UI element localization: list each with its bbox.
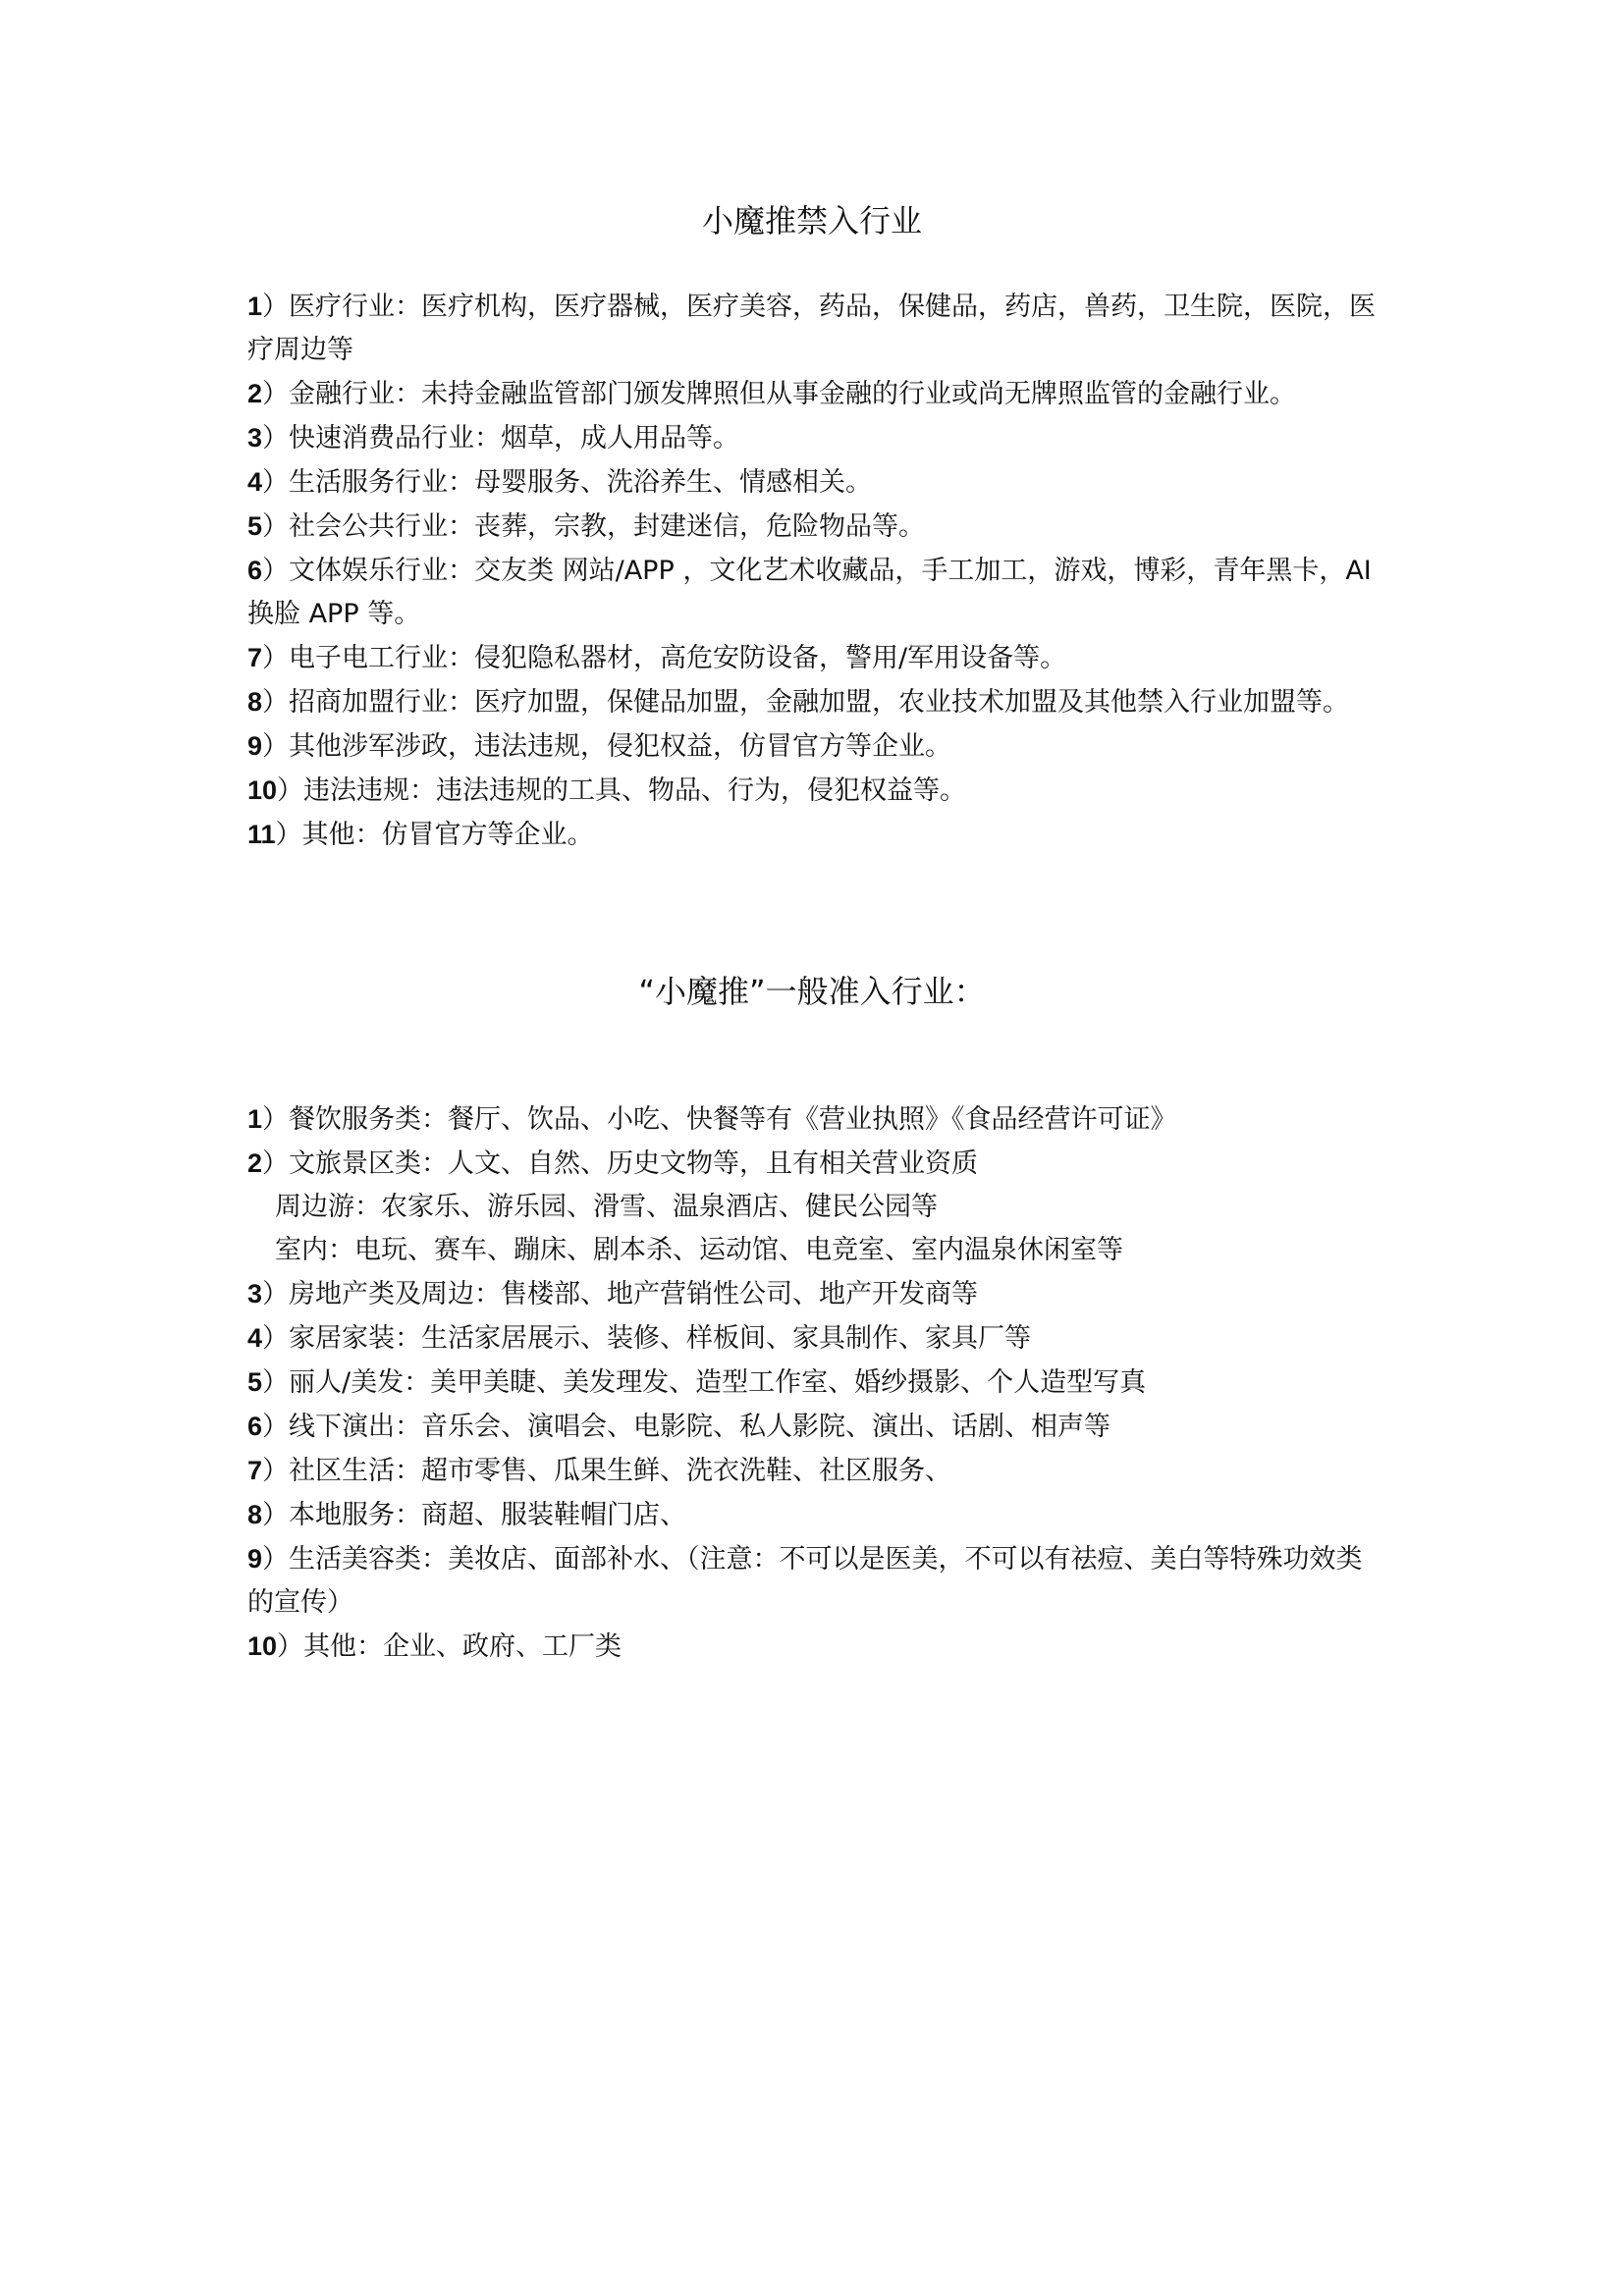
- list-item: 10）其他：企业、政府、工厂类: [247, 1625, 1386, 1669]
- item-separator: ）: [262, 1412, 289, 1442]
- item-text: 本地服务：商超、服装鞋帽门店、: [289, 1500, 686, 1530]
- item-text: 医疗行业：医疗机构，医疗器械，医疗美容，药品，保健品，药店，兽药，卫生院，医院，…: [247, 292, 1376, 365]
- item-separator: ）: [262, 1544, 289, 1575]
- list-item: 9）其他涉军涉政，违法违规，侵犯权益，仿冒官方等企业。: [247, 724, 1386, 769]
- list-item: 6）文体娱乐行业：交友类 网站/APP ，文化艺术收藏品，手工加工，游戏，博彩，…: [247, 549, 1386, 636]
- list-item: 7）电子电工行业：侵犯隐私器材，高危安防设备，警用/军用设备等。: [247, 636, 1386, 680]
- list-item: 6）线下演出：音乐会、演唱会、电影院、私人影院、演出、话剧、相声等: [247, 1405, 1386, 1449]
- item-number: 5: [247, 1367, 262, 1397]
- item-separator: ）: [262, 1104, 289, 1135]
- item-number: 5: [247, 511, 262, 541]
- sub-list-item: 室内：电玩、赛车、蹦床、剧本杀、运动馆、电竞室、室内温泉休闲室等: [247, 1229, 1386, 1272]
- list-item: 4）生活服务行业：母婴服务、洗浴养生、情感相关。: [247, 460, 1386, 505]
- item-text: 丽人/美发：美甲美睫、美发理发、造型工作室、婚纱摄影、个人造型写真: [289, 1367, 1146, 1398]
- list-item: 9）生活美容类：美妆店、面部补水、（注意：不可以是医美，不可以有祛痘、美白等特殊…: [247, 1537, 1386, 1625]
- item-number: 6: [247, 556, 262, 585]
- item-number: 10: [247, 1631, 277, 1661]
- item-text: 其他：企业、政府、工厂类: [303, 1631, 622, 1662]
- item-text: 线下演出：音乐会、演唱会、电影院、私人影院、演出、话剧、相声等: [289, 1412, 1110, 1442]
- item-number: 10: [247, 775, 277, 805]
- item-text: 快速消费品行业：烟草，成人用品等。: [289, 423, 739, 454]
- item-separator: ）: [276, 820, 302, 850]
- item-text: 违法违规：违法违规的工具、物品、行为，侵犯权益等。: [303, 775, 966, 806]
- item-text: 文体娱乐行业：交友类 网站/APP ，文化艺术收藏品，手工加工，游戏，博彩，青年…: [247, 556, 1372, 629]
- item-text: 家居家装：生活家居展示、装修、样板间、家具制作、家具厂等: [289, 1323, 1031, 1354]
- item-number: 8: [247, 687, 262, 717]
- list-item: 1）医疗行业：医疗机构，医疗器械，医疗美容，药品，保健品，药店，兽药，卫生院，医…: [247, 285, 1386, 372]
- item-text: 生活美容类：美妆店、面部补水、（注意：不可以是医美，不可以有祛痘、美白等特殊功效…: [247, 1544, 1363, 1618]
- item-text: 其他涉军涉政，违法违规，侵犯权益，仿冒官方等企业。: [289, 731, 951, 762]
- list-item: 1）餐饮服务类：餐厅、饮品、小吃、快餐等有《营业执照》《食品经营许可证》: [247, 1097, 1386, 1142]
- item-text: 餐饮服务类：餐厅、饮品、小吃、快餐等有《营业执照》《食品经营许可证》: [289, 1104, 1177, 1135]
- item-separator: ）: [277, 1631, 303, 1662]
- item-number: 9: [247, 1544, 262, 1574]
- list-item: 8）本地服务：商超、服装鞋帽门店、: [247, 1493, 1386, 1537]
- item-number: 3: [247, 1279, 262, 1308]
- list-item: 5）社会公共行业：丧葬，宗教，封建迷信，危险物品等。: [247, 505, 1386, 549]
- item-number: 7: [247, 1456, 262, 1485]
- item-separator: ）: [262, 731, 289, 762]
- item-separator: ）: [262, 687, 289, 718]
- item-text: 文旅景区类：人文、自然、历史文物等，且有相关营业资质: [289, 1148, 978, 1179]
- list-item: 5）丽人/美发：美甲美睫、美发理发、造型工作室、婚纱摄影、个人造型写真: [247, 1361, 1386, 1405]
- item-text: 生活服务行业：母婴服务、洗浴养生、情感相关。: [289, 467, 872, 498]
- list-item: 4）家居家装：生活家居展示、装修、样板间、家具制作、家具厂等: [247, 1316, 1386, 1361]
- item-text: 金融行业：未持金融监管部门颁发牌照但从事金融的行业或尚无牌照监管的金融行业。: [289, 379, 1296, 409]
- allowed-industries-title: “小魔推”一般准入行业：: [0, 972, 1624, 1011]
- list-item: 7）社区生活：超市零售、瓜果生鲜、洗衣洗鞋、社区服务、: [247, 1449, 1386, 1493]
- item-number: 6: [247, 1412, 262, 1441]
- item-separator: ）: [262, 556, 289, 586]
- banned-industries-title: 小魔推禁入行业: [0, 201, 1624, 240]
- item-separator: ）: [262, 1148, 289, 1179]
- item-separator: ）: [262, 423, 289, 454]
- item-number: 3: [247, 423, 262, 453]
- item-separator: ）: [262, 467, 289, 498]
- document-page: 小魔推禁入行业 1）医疗行业：医疗机构，医疗器械，医疗美容，药品，保健品，药店，…: [0, 0, 1624, 2296]
- list-item: 3）房地产类及周边：售楼部、地产营销性公司、地产开发商等: [247, 1272, 1386, 1316]
- item-separator: ）: [262, 511, 289, 542]
- item-number: 4: [247, 467, 262, 497]
- item-separator: ）: [262, 1279, 289, 1309]
- sub-list-item: 周边游：农家乐、游乐园、滑雪、温泉酒店、健民公园等: [247, 1186, 1386, 1229]
- allowed-industries-list: 1）餐饮服务类：餐厅、饮品、小吃、快餐等有《营业执照》《食品经营许可证》 2）文…: [247, 1097, 1386, 1669]
- list-item: 11）其他：仿冒官方等企业。: [247, 813, 1386, 857]
- item-number: 2: [247, 379, 262, 408]
- item-number: 9: [247, 731, 262, 761]
- item-separator: ）: [262, 1456, 289, 1486]
- item-text: 电子电工行业：侵犯隐私器材，高危安防设备，警用/军用设备等。: [289, 643, 1066, 673]
- banned-industries-list: 1）医疗行业：医疗机构，医疗器械，医疗美容，药品，保健品，药店，兽药，卫生院，医…: [247, 285, 1386, 857]
- item-text: 周边游：农家乐、游乐园、滑雪、温泉酒店、健民公园等: [275, 1192, 938, 1222]
- list-item: 3）快速消费品行业：烟草，成人用品等。: [247, 416, 1386, 460]
- item-number: 2: [247, 1148, 262, 1178]
- item-separator: ）: [277, 775, 303, 806]
- item-number: 1: [247, 1104, 262, 1134]
- list-item: 2）文旅景区类：人文、自然、历史文物等，且有相关营业资质: [247, 1142, 1386, 1186]
- item-text: 社区生活：超市零售、瓜果生鲜、洗衣洗鞋、社区服务、: [289, 1456, 951, 1486]
- item-number: 7: [247, 643, 262, 672]
- list-item: 8）招商加盟行业：医疗加盟，保健品加盟，金融加盟，农业技术加盟及其他禁入行业加盟…: [247, 680, 1386, 724]
- item-separator: ）: [262, 643, 289, 673]
- item-text: 房地产类及周边：售楼部、地产营销性公司、地产开发商等: [289, 1279, 978, 1309]
- item-separator: ）: [262, 379, 289, 409]
- item-text: 社会公共行业：丧葬，宗教，封建迷信，危险物品等。: [289, 511, 925, 542]
- item-separator: ）: [262, 1323, 289, 1354]
- item-separator: ）: [262, 1367, 289, 1398]
- item-text: 其他：仿冒官方等企业。: [302, 820, 594, 850]
- item-number: 1: [247, 292, 262, 321]
- list-item: 2）金融行业：未持金融监管部门颁发牌照但从事金融的行业或尚无牌照监管的金融行业。: [247, 372, 1386, 416]
- item-number: 11: [247, 820, 276, 849]
- item-number: 8: [247, 1500, 262, 1529]
- item-separator: ）: [262, 292, 289, 322]
- item-number: 4: [247, 1323, 262, 1353]
- item-text: 招商加盟行业：医疗加盟，保健品加盟，金融加盟，农业技术加盟及其他禁入行业加盟等。: [289, 687, 1349, 718]
- item-text: 室内：电玩、赛车、蹦床、剧本杀、运动馆、电竞室、室内温泉休闲室等: [275, 1235, 1123, 1265]
- list-item: 10）违法违规：违法违规的工具、物品、行为，侵犯权益等。: [247, 769, 1386, 813]
- item-separator: ）: [262, 1500, 289, 1530]
